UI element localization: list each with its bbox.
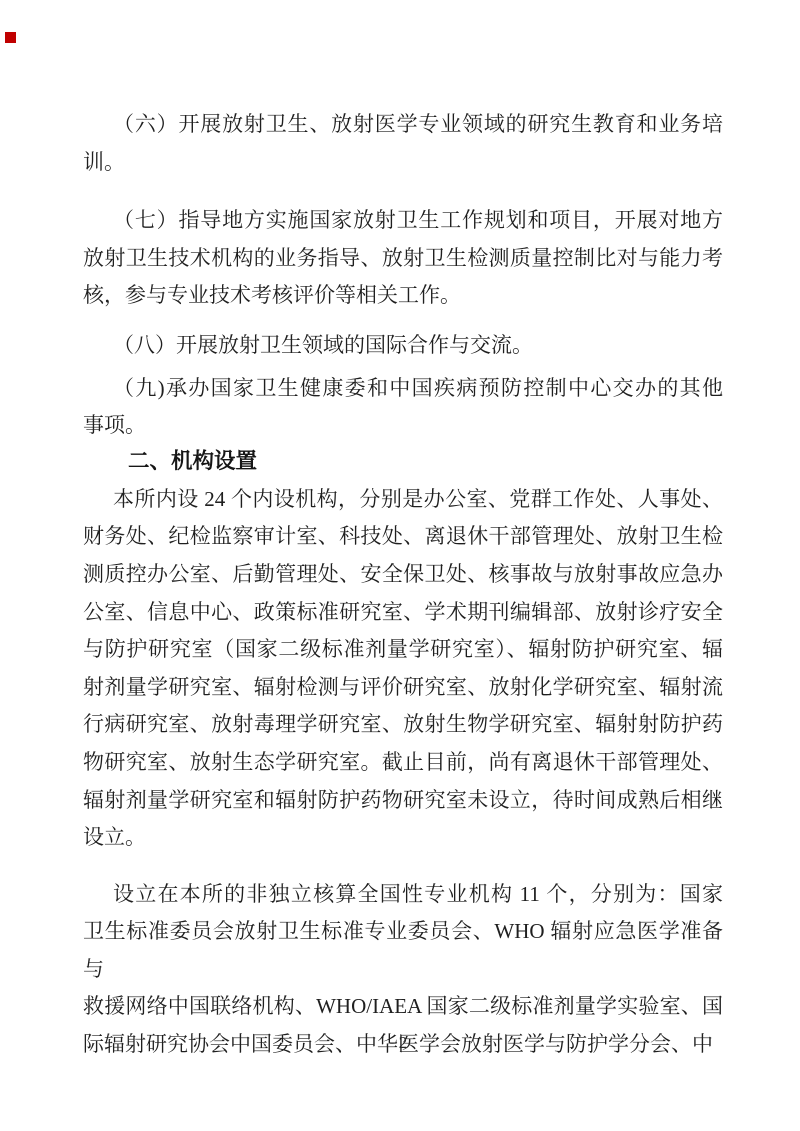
text-line: 射剂量学研究室、辐射检测与评价研究室、放射化学研究室、辐射流 — [83, 669, 723, 707]
text-line: （九)承办国家卫生健康委和中国疾病预防控制中心交办的其他 — [83, 370, 723, 408]
paragraph: （七）指导地方实施国家放射卫生工作规划和项目，开展对地方放射卫生技术机构的业务指… — [83, 202, 723, 315]
paragraph: （六）开展放射卫生、放射医学专业领域的研究生教育和业务培训。 — [83, 106, 723, 181]
text-line: 放射卫生技术机构的业务指导、放射卫生检测质量控制比对与能力考 — [83, 240, 723, 278]
document-body: （六）开展放射卫生、放射医学专业领域的研究生教育和业务培训。（七）指导地方实施国… — [83, 106, 723, 1064]
red-corner-mark — [5, 32, 16, 43]
text-line: 设立。 — [83, 819, 723, 857]
text-line: 辐射剂量学研究室和辐射防护药物研究室未设立，待时间成熟后相继 — [83, 782, 723, 820]
text-line: 事项。 — [83, 407, 723, 445]
text-line: 公室、信息中心、政策标准研究室、学术期刊编辑部、放射诊疗安全 — [83, 594, 723, 632]
text-line: 卫生标准委员会放射卫生标准专业委员会、WHO 辐射应急医学准备与 — [83, 913, 723, 988]
text-line: 二、机构设置 — [83, 445, 723, 478]
text-line: （六）开展放射卫生、放射医学专业领域的研究生教育和业务培 — [83, 106, 723, 144]
paragraph: 本所内设 24 个内设机构，分别是办公室、党群工作处、人事处、财务处、纪检监察审… — [83, 481, 723, 857]
text-line: （七）指导地方实施国家放射卫生工作规划和项目，开展对地方 — [83, 202, 723, 240]
text-line: 财务处、纪检监察审计室、科技处、离退休干部管理处、放射卫生检 — [83, 518, 723, 556]
document-page: { "page": { "number": "2" }, "corner_mar… — [0, 0, 800, 1131]
text-line: 测质控办公室、后勤管理处、安全保卫处、核事故与放射事故应急办 — [83, 556, 723, 594]
text-line: 救援网络中国联络机构、WHO/IAEA 国家二级标准剂量学实验室、国 — [83, 988, 723, 1026]
text-line: 与防护研究室（国家二级标准剂量学研究室）、辐射防护研究室、辐 — [83, 631, 723, 669]
text-line: （八）开展放射卫生领域的国际合作与交流。 — [83, 327, 723, 365]
text-line: 训。 — [83, 144, 723, 182]
paragraph: （八）开展放射卫生领域的国际合作与交流。 — [83, 327, 723, 365]
text-line: 本所内设 24 个内设机构，分别是办公室、党群工作处、人事处、 — [83, 481, 723, 519]
text-line: 设立在本所的非独立核算全国性专业机构 11 个，分别为：国家 — [83, 876, 723, 914]
text-line: 物研究室、放射生态学研究室。截止目前，尚有离退休干部管理处、 — [83, 744, 723, 782]
text-line: 核，参与专业技术考核评价等相关工作。 — [83, 277, 723, 315]
text-line: 行病研究室、放射毒理学研究室、放射生物学研究室、辐射射防护药 — [83, 706, 723, 744]
paragraph: （九)承办国家卫生健康委和中国疾病预防控制中心交办的其他事项。 — [83, 370, 723, 445]
page-number: 2 — [83, 1033, 723, 1053]
section-heading: 二、机构设置 — [83, 445, 723, 478]
